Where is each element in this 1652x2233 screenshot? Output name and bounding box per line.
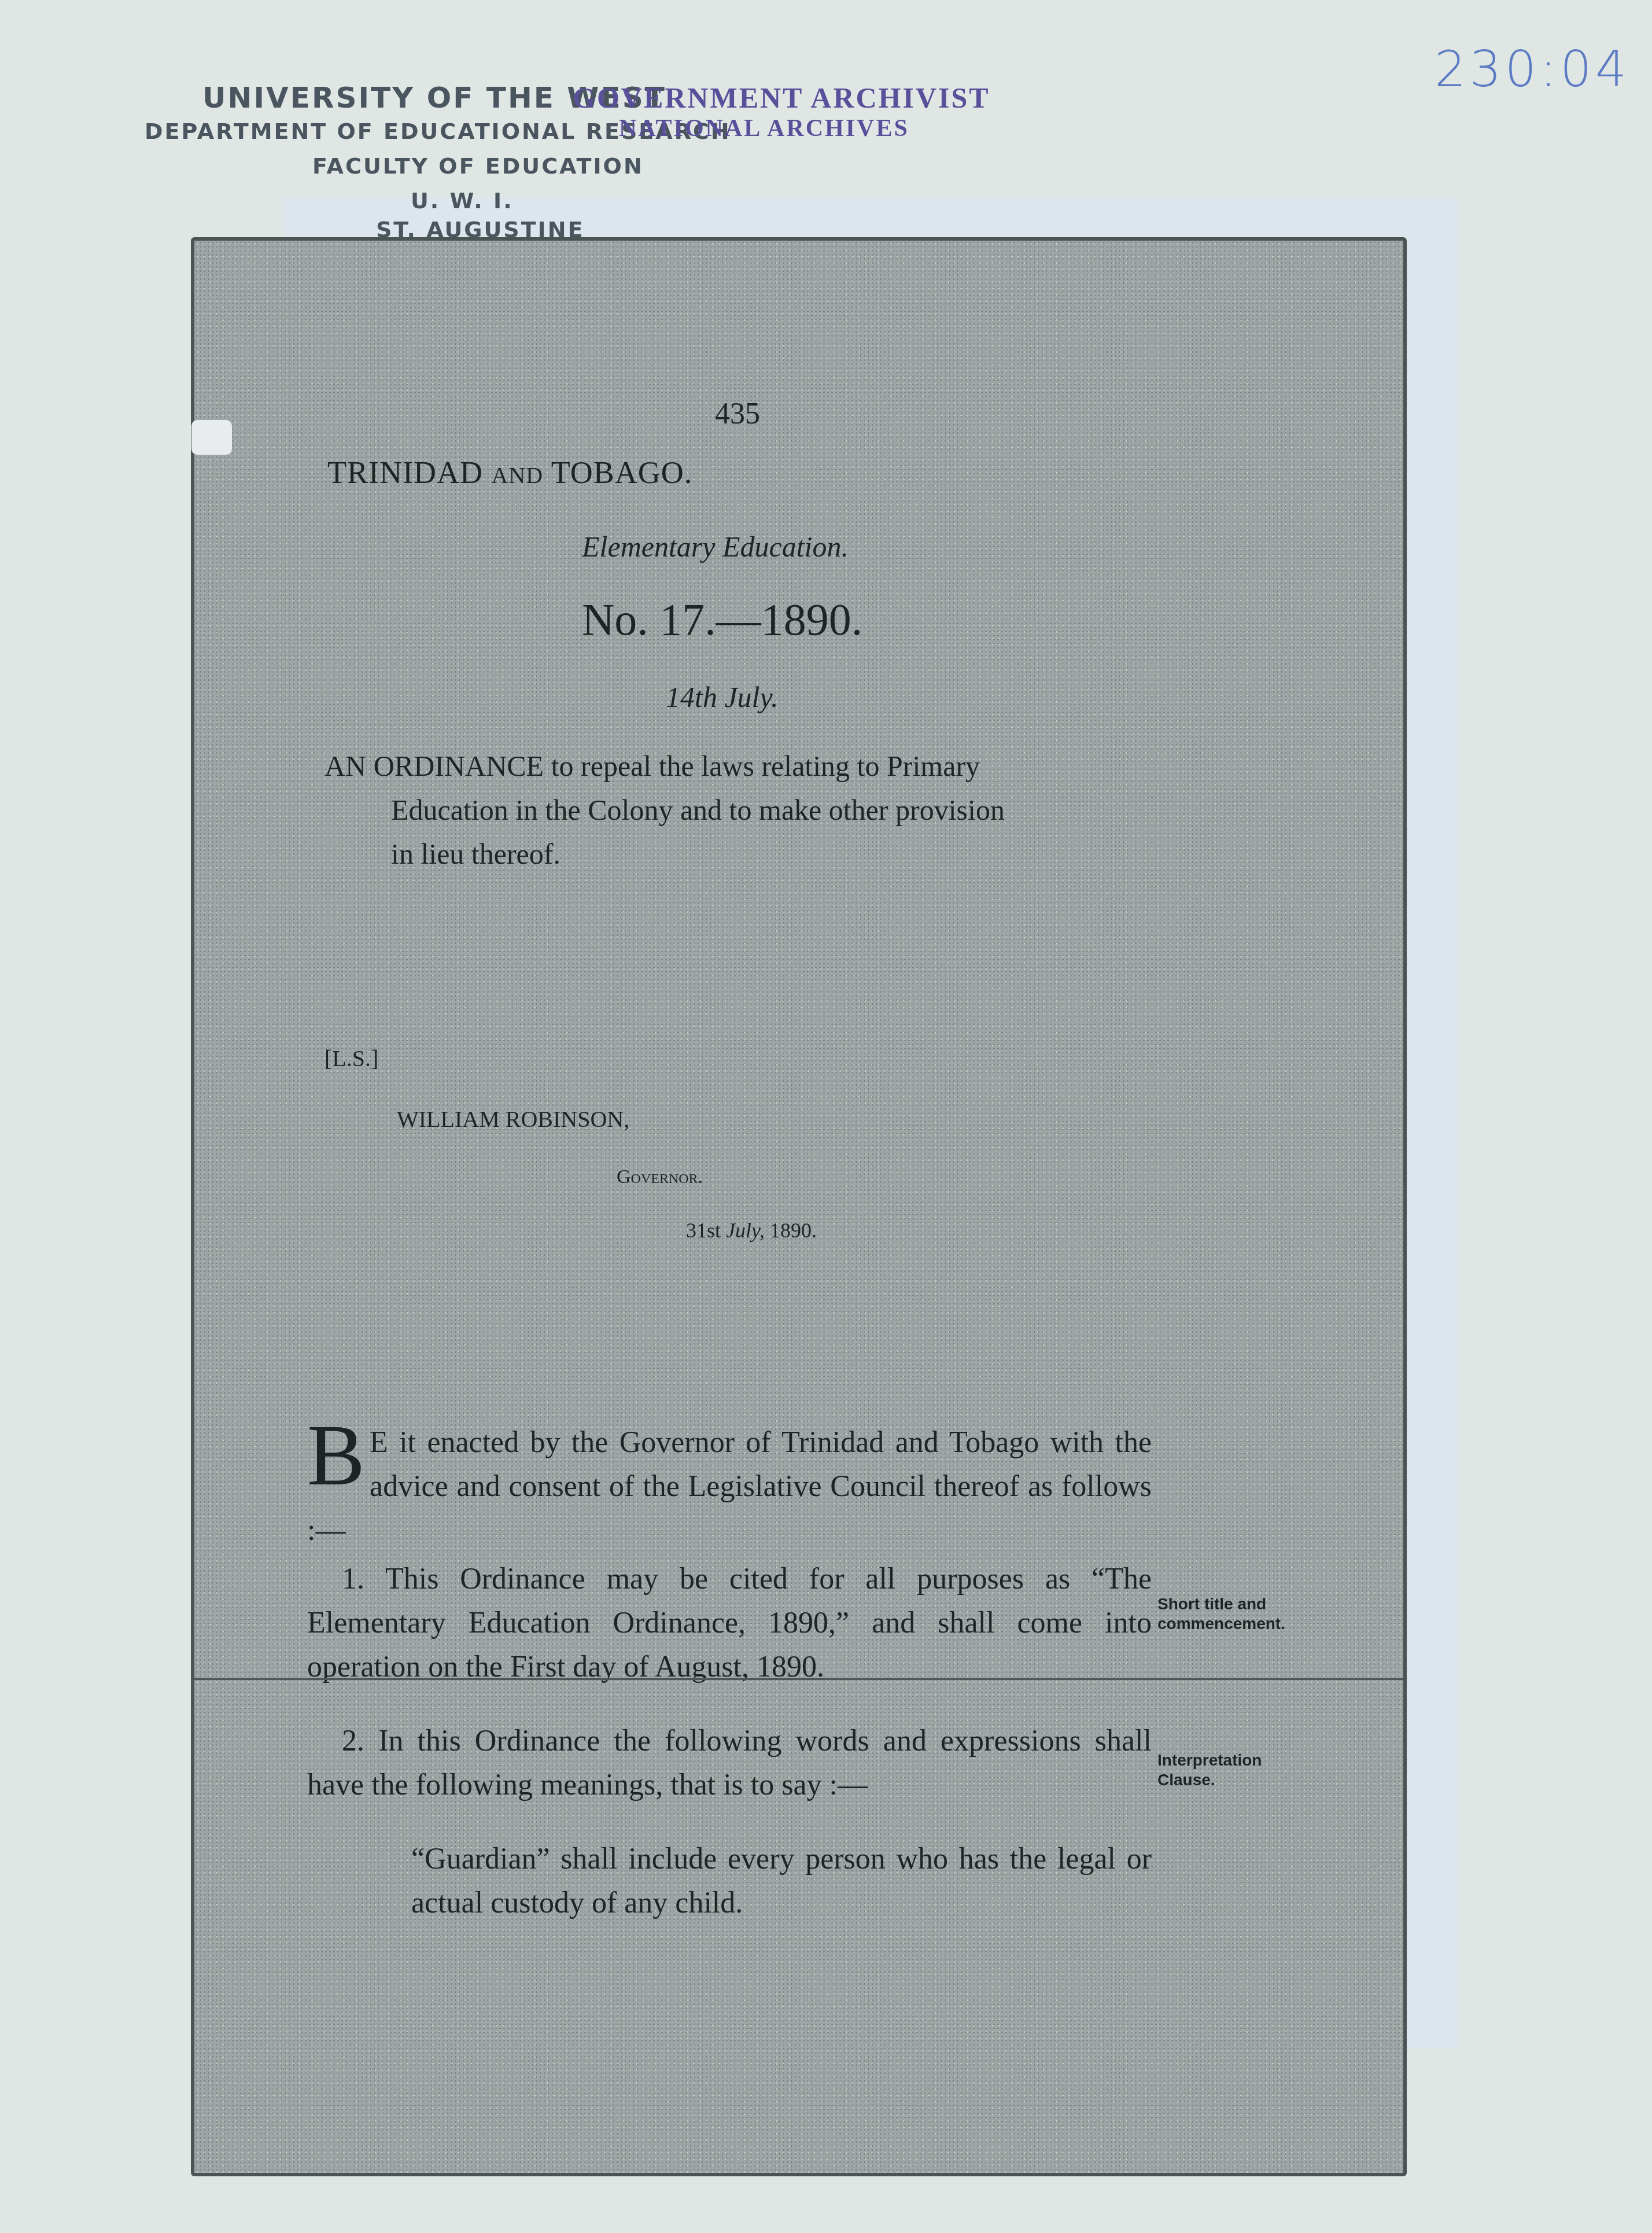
long-title-line-3: in lieu thereof. (325, 832, 1005, 876)
long-title-lead: AN ORDINANCE (325, 750, 544, 782)
signatory-name: WILLIAM ROBINSON, (397, 1106, 629, 1133)
ordinance-date: 14th July. (666, 680, 778, 714)
assent-year: 1890. (770, 1219, 817, 1242)
signatory-office: Governor. (617, 1166, 703, 1188)
fold-line (194, 1678, 1403, 1680)
colony-name-2: TOBAGO. (551, 455, 693, 490)
assent-date: 31st July, 1890. (686, 1218, 817, 1243)
marginal-note-short-title: Short title and commencement. (1157, 1594, 1290, 1634)
seal-mark: [L.S.] (325, 1045, 378, 1072)
section-1: 1. This Ordinance may be cited for all p… (307, 1557, 1152, 1689)
stamp-uwi: U. W. I. (411, 188, 514, 213)
marginal-note-interpretation: Interpretation Clause. (1157, 1751, 1290, 1790)
stamp-faculty: FACULTY OF EDUCATION (312, 153, 644, 179)
assent-day: 31st (686, 1219, 721, 1242)
long-title-line-1: to repeal the laws relating to Primary (544, 750, 980, 782)
drop-cap: B (307, 1421, 365, 1490)
assent-month: July, (726, 1219, 765, 1242)
page-tab (191, 420, 232, 455)
long-title-line-2: Education in the Colony and to make othe… (325, 788, 1005, 832)
colony-name-1: TRINIDAD (327, 455, 483, 490)
definition-guardian: “Guardian” shall include every person wh… (307, 1837, 1152, 1925)
stamp-government-archivist: GOVERNMENT ARCHIVIST (573, 81, 990, 115)
ordinance-page: 435 TRINIDAD AND TOBAGO. Elementary Educ… (191, 237, 1407, 2176)
colony-heading: TRINIDAD AND TOBAGO. (327, 455, 692, 491)
page-number: 435 (715, 397, 760, 431)
enacting-clause: E it enacted by the Governor of Trinidad… (307, 1426, 1152, 1547)
section-2: 2. In this Ordinance the following words… (307, 1719, 1152, 1807)
stamp-national-archives: NATIONAL ARCHIVES (619, 115, 909, 142)
ordinance-number: No. 17.—1890. (582, 594, 862, 646)
subject-heading: Elementary Education. (582, 530, 849, 563)
colony-and: AND (491, 462, 543, 488)
ordinance-body: BE it enacted by the Governor of Trinida… (307, 1421, 1152, 1955)
long-title: AN ORDINANCE to repeal the laws relating… (325, 744, 1005, 876)
handwritten-reference: 230:04 (1435, 40, 1631, 98)
